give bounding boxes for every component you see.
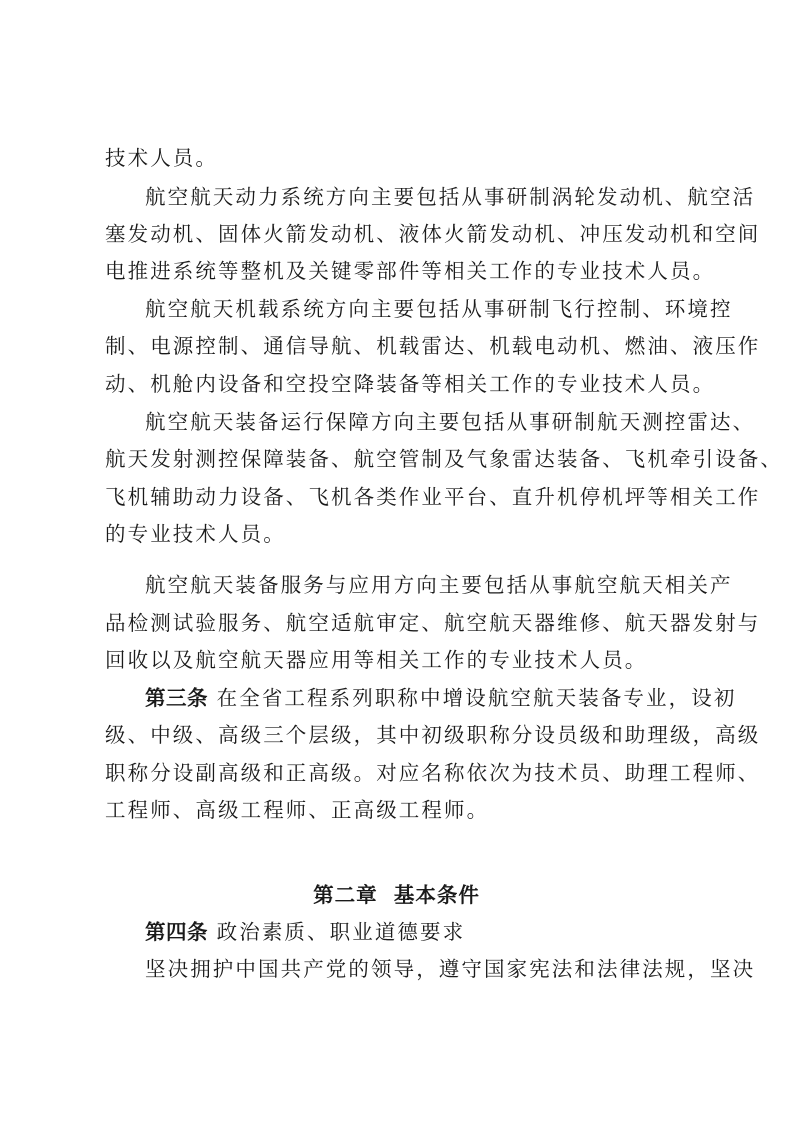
paragraph-line: 塞发动机、固体火箭发动机、液体火箭发动机、冲压发动机和空间 <box>105 222 695 246</box>
article-3-line: 第三条 在全省工程系列职称中增设航空航天装备专业，设初 <box>145 686 695 710</box>
article-4-heading: 政治素质、职业道德要求 <box>217 920 466 944</box>
paragraph-line: 制、电源控制、通信导航、机载雷达、机载电动机、燃油、液压作 <box>105 334 695 358</box>
paragraph-line: 动、机舱内设备和空投空降装备等相关工作的专业技术人员。 <box>105 372 695 396</box>
paragraph-line: 回收以及航空航天器应用等相关工作的专业技术人员。 <box>105 648 695 672</box>
paragraph-line: 航空航天动力系统方向主要包括从事研制涡轮发动机、航空活 <box>145 185 695 209</box>
paragraph-line: 飞机辅助动力设备、飞机各类作业平台、直升机停机坪等相关工作 <box>105 485 695 509</box>
paragraph-line: 技术人员。 <box>105 146 695 170</box>
article-3-text: 在全省工程系列职称中增设航空航天装备专业，设初 <box>217 686 737 710</box>
paragraph-line: 航天发射测控保障装备、航空管制及气象雷达装备、飞机牵引设备、 <box>105 447 695 471</box>
paragraph-line: 职称分设副高级和正高级。对应名称依次为技术员、助理工程师、 <box>105 761 695 785</box>
paragraph-line: 航空航天机载系统方向主要包括从事研制飞行控制、环境控 <box>145 297 695 321</box>
paragraph-line: 航空航天装备服务与应用方向主要包括从事航空航天相关产 <box>145 573 695 597</box>
chapter-title: 第二章 基本条件 <box>0 883 793 907</box>
article-4-line: 第四条 政治素质、职业道德要求 <box>145 920 695 944</box>
paragraph-line: 品检测试验服务、航空适航审定、航空航天器维修、航天器发射与 <box>105 611 695 635</box>
article-3-label: 第三条 <box>145 686 208 710</box>
paragraph-line: 电推进系统等整机及关键零部件等相关工作的专业技术人员。 <box>105 259 695 283</box>
paragraph-line: 工程师、高级工程师、正高级工程师。 <box>105 798 695 822</box>
paragraph-line: 的专业技术人员。 <box>105 522 695 546</box>
paragraph-line: 级、中级、高级三个层级，其中初级职称分设员级和助理级，高级 <box>105 723 695 747</box>
article-4-label: 第四条 <box>145 920 208 944</box>
paragraph-line: 航空航天装备运行保障方向主要包括从事研制航天测控雷达、 <box>145 410 695 434</box>
paragraph-line: 坚决拥护中国共产党的领导，遵守国家宪法和法律法规，坚决 <box>145 957 695 981</box>
